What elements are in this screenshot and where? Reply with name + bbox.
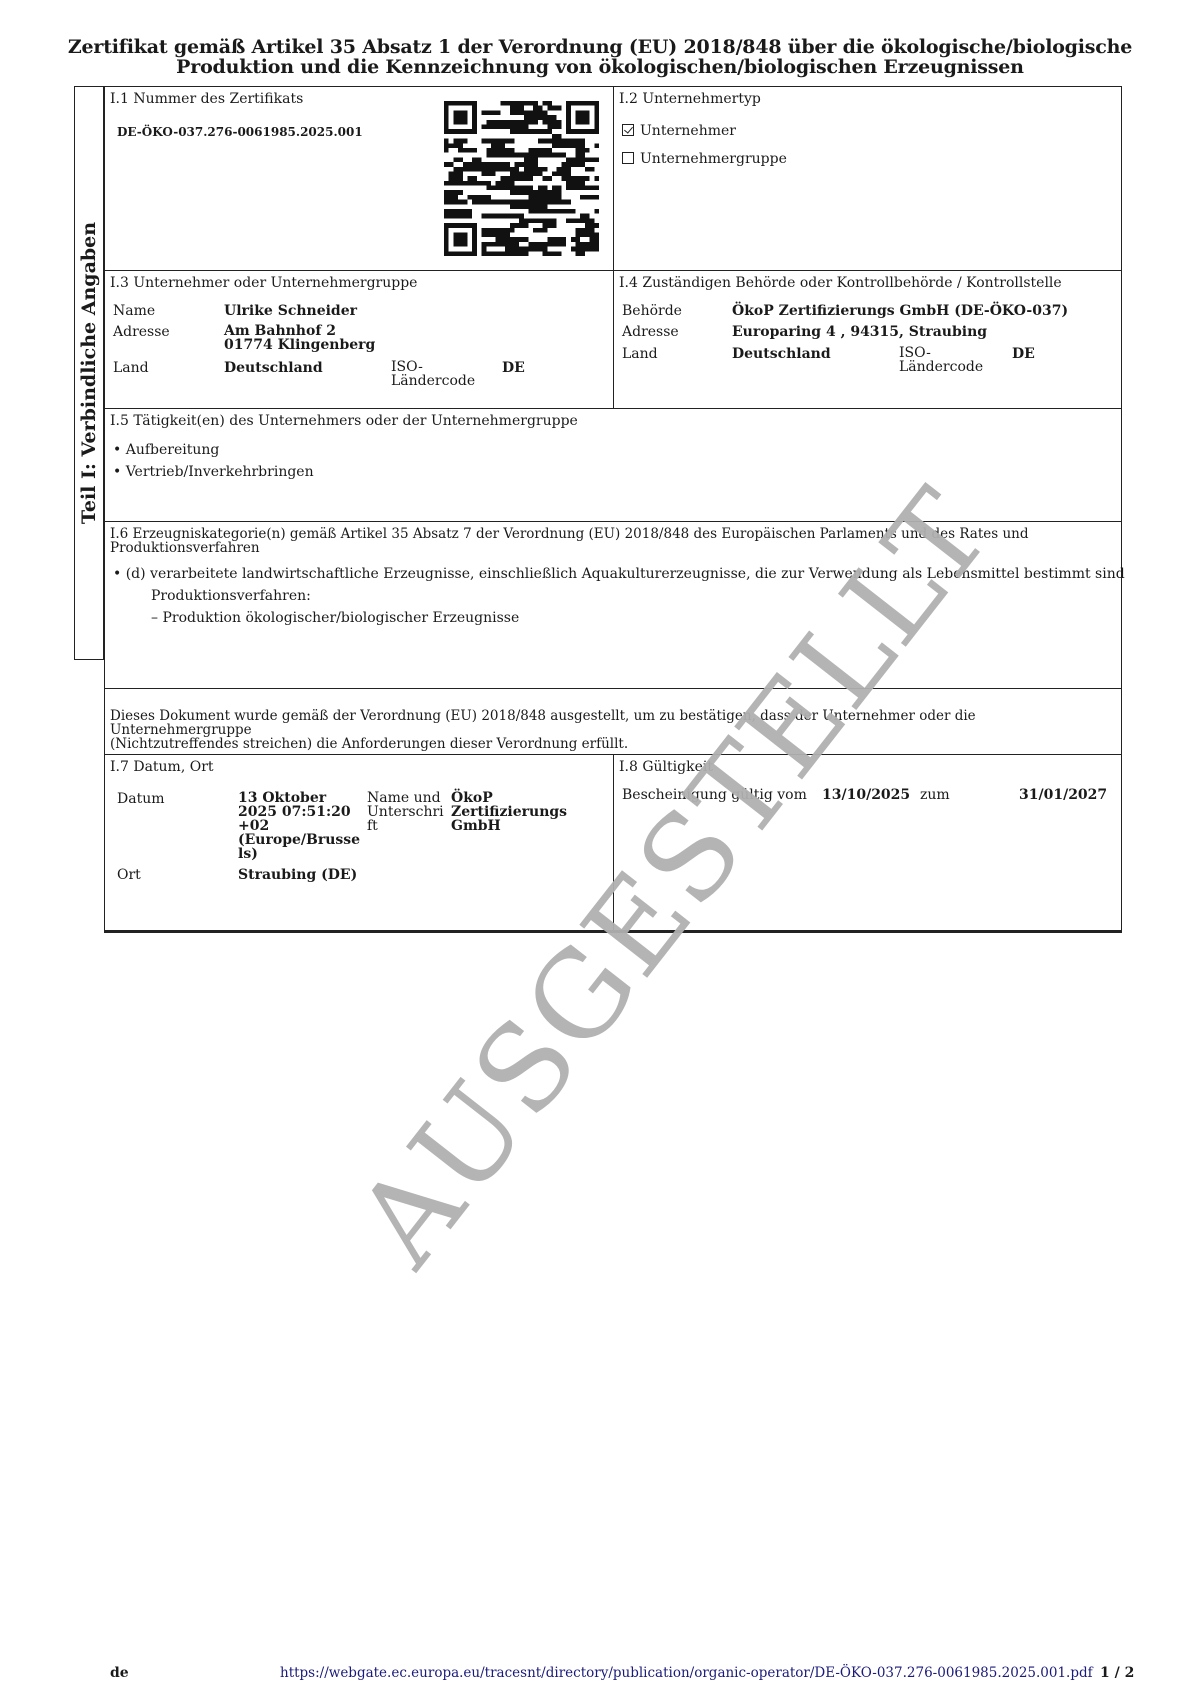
- authority-iso-code: DE: [1012, 346, 1035, 362]
- iso-label: ISO- Ländercode: [391, 360, 475, 388]
- valid-from-label: Bescheinigung gültig vom: [622, 787, 807, 803]
- signature-label: Name und Unterschri ft: [367, 791, 444, 833]
- footer-page-number: 1 / 2: [1100, 1665, 1134, 1681]
- authority-address-label: Adresse: [622, 324, 679, 340]
- qr-code-icon: [444, 101, 599, 256]
- section-i2-heading: I.2 Unternehmertyp: [619, 91, 761, 107]
- section-i5-heading: I.5 Tätigkeit(en) des Unternehmers oder …: [110, 413, 578, 429]
- place-label: Ort: [117, 867, 141, 883]
- section-i3-operator: I.3 Unternehmer oder Unternehmergruppe N…: [104, 270, 614, 409]
- signature-line: ÖkoP: [451, 791, 567, 805]
- section-i6-heading-line2: Produktionsverfahren: [110, 541, 1029, 555]
- valid-to-label: zum: [920, 787, 950, 803]
- section-i6-heading-line1: I.6 Erzeugniskategorie(n) gemäß Artikel …: [110, 527, 1029, 541]
- operator-address-line2: 01774 Klingenberg: [224, 338, 375, 352]
- statement-box: Dieses Dokument wurde gemäß der Verordnu…: [104, 688, 1122, 755]
- signature-line: Zertifizierungs: [451, 805, 567, 819]
- iso-label-line2: Ländercode: [391, 374, 475, 388]
- section-i7-date-place: I.7 Datum, Ort Datum 13 Oktober 2025 07:…: [104, 754, 614, 933]
- section-i6-product-categories: I.6 Erzeugniskategorie(n) gemäß Artikel …: [104, 521, 1122, 689]
- document-title-line1: Zertifikat gemäß Artikel 35 Absatz 1 der…: [60, 37, 1140, 57]
- authority-iso-label-line2: Ländercode: [899, 360, 983, 374]
- section-i8-validity: I.8 Gültigkeit Bescheinigung gültig vom …: [613, 754, 1122, 933]
- authority-label: Behörde: [622, 303, 682, 319]
- signature-label-line: ft: [367, 819, 444, 833]
- authority-iso-label-line1: ISO-: [899, 346, 983, 360]
- section-i4-authority: I.4 Zuständigen Behörde oder Kontrollbeh…: [613, 270, 1122, 409]
- document-title: Zertifikat gemäß Artikel 35 Absatz 1 der…: [60, 37, 1140, 77]
- product-category-item: • (d) verarbeitete landwirtschaftliche E…: [113, 566, 1125, 582]
- checkbox-checked-icon: [622, 124, 634, 136]
- issue-date-line: 13 Oktober: [238, 791, 360, 805]
- authority-iso-label: ISO- Ländercode: [899, 346, 983, 374]
- date-label: Datum: [117, 791, 165, 807]
- section-i2-operator-type: I.2 Unternehmertyp Unternehmer Unternehm…: [613, 86, 1122, 271]
- issue-date: 13 Oktober 2025 07:51:20 +02 (Europe/Bru…: [238, 791, 360, 861]
- production-method-label: Produktionsverfahren:: [151, 588, 311, 604]
- option-unternehmer: Unternehmer: [622, 123, 736, 139]
- issue-date-line: 2025 07:51:20: [238, 805, 360, 819]
- address-label: Adresse: [113, 324, 170, 340]
- operator-address: Am Bahnhof 2 01774 Klingenberg: [224, 324, 375, 352]
- authority-name: ÖkoP Zertifizierungs GmbH (DE-ÖKO-037): [732, 303, 1068, 319]
- activity-list: • Aufbereitung • Vertrieb/Inverkehrbring…: [113, 439, 314, 483]
- iso-label-line1: ISO-: [391, 360, 475, 374]
- side-label-box: Teil I: Verbindliche Angaben: [74, 86, 104, 660]
- section-i5-activities: I.5 Tätigkeit(en) des Unternehmers oder …: [104, 408, 1122, 522]
- footer-document-link[interactable]: https://webgate.ec.europa.eu/tracesnt/di…: [280, 1665, 1093, 1681]
- valid-to-date: 31/01/2027: [1019, 787, 1107, 803]
- activity-item: • Aufbereitung: [113, 439, 314, 461]
- section-i8-heading: I.8 Gültigkeit: [619, 759, 713, 775]
- country-label: Land: [113, 360, 149, 376]
- signature-label-line: Unterschri: [367, 805, 444, 819]
- option-unternehmergruppe-label: Unternehmergruppe: [640, 151, 787, 167]
- operator-iso-code: DE: [502, 360, 525, 376]
- statement-line1: Dieses Dokument wurde gemäß der Verordnu…: [110, 709, 1121, 737]
- name-label: Name: [113, 303, 155, 319]
- side-label: Teil I: Verbindliche Angaben: [78, 222, 100, 524]
- signature-value: ÖkoP Zertifizierungs GmbH: [451, 791, 567, 833]
- section-i4-heading: I.4 Zuständigen Behörde oder Kontrollbeh…: [619, 275, 1062, 291]
- activity-item: • Vertrieb/Inverkehrbringen: [113, 461, 314, 483]
- document-title-line2: Produktion und die Kennzeichnung von öko…: [60, 57, 1140, 77]
- operator-name: Ulrike Schneider: [224, 303, 357, 319]
- operator-address-line1: Am Bahnhof 2: [224, 324, 375, 338]
- certificate-number: DE-ÖKO-037.276-0061985.2025.001: [117, 125, 363, 139]
- authority-address: Europaring 4 , 94315, Straubing: [732, 324, 987, 340]
- valid-from-date: 13/10/2025: [822, 787, 910, 803]
- authority-country: Deutschland: [732, 346, 831, 362]
- statement-line2: (Nichtzutreffendes streichen) die Anford…: [110, 737, 1121, 751]
- signature-label-line: Name und: [367, 791, 444, 805]
- place-value: Straubing (DE): [238, 867, 357, 883]
- checkbox-unchecked-icon: [622, 152, 634, 164]
- footer-language: de: [110, 1665, 129, 1681]
- operator-country: Deutschland: [224, 360, 323, 376]
- issue-date-line: ls): [238, 847, 360, 861]
- authority-country-label: Land: [622, 346, 658, 362]
- statement-text: Dieses Dokument wurde gemäß der Verordnu…: [110, 709, 1121, 751]
- option-unternehmer-label: Unternehmer: [640, 123, 736, 139]
- signature-line: GmbH: [451, 819, 567, 833]
- production-method-item: – Produktion ökologischer/biologischer E…: [151, 610, 519, 626]
- section-i6-heading: I.6 Erzeugniskategorie(n) gemäß Artikel …: [110, 527, 1029, 555]
- section-i3-heading: I.3 Unternehmer oder Unternehmergruppe: [110, 275, 417, 291]
- option-unternehmergruppe: Unternehmergruppe: [622, 151, 787, 167]
- section-i1-heading: I.1 Nummer des Zertifikats: [110, 91, 303, 107]
- issue-date-line: +02: [238, 819, 360, 833]
- issue-date-line: (Europe/Brusse: [238, 833, 360, 847]
- section-i7-heading: I.7 Datum, Ort: [110, 759, 214, 775]
